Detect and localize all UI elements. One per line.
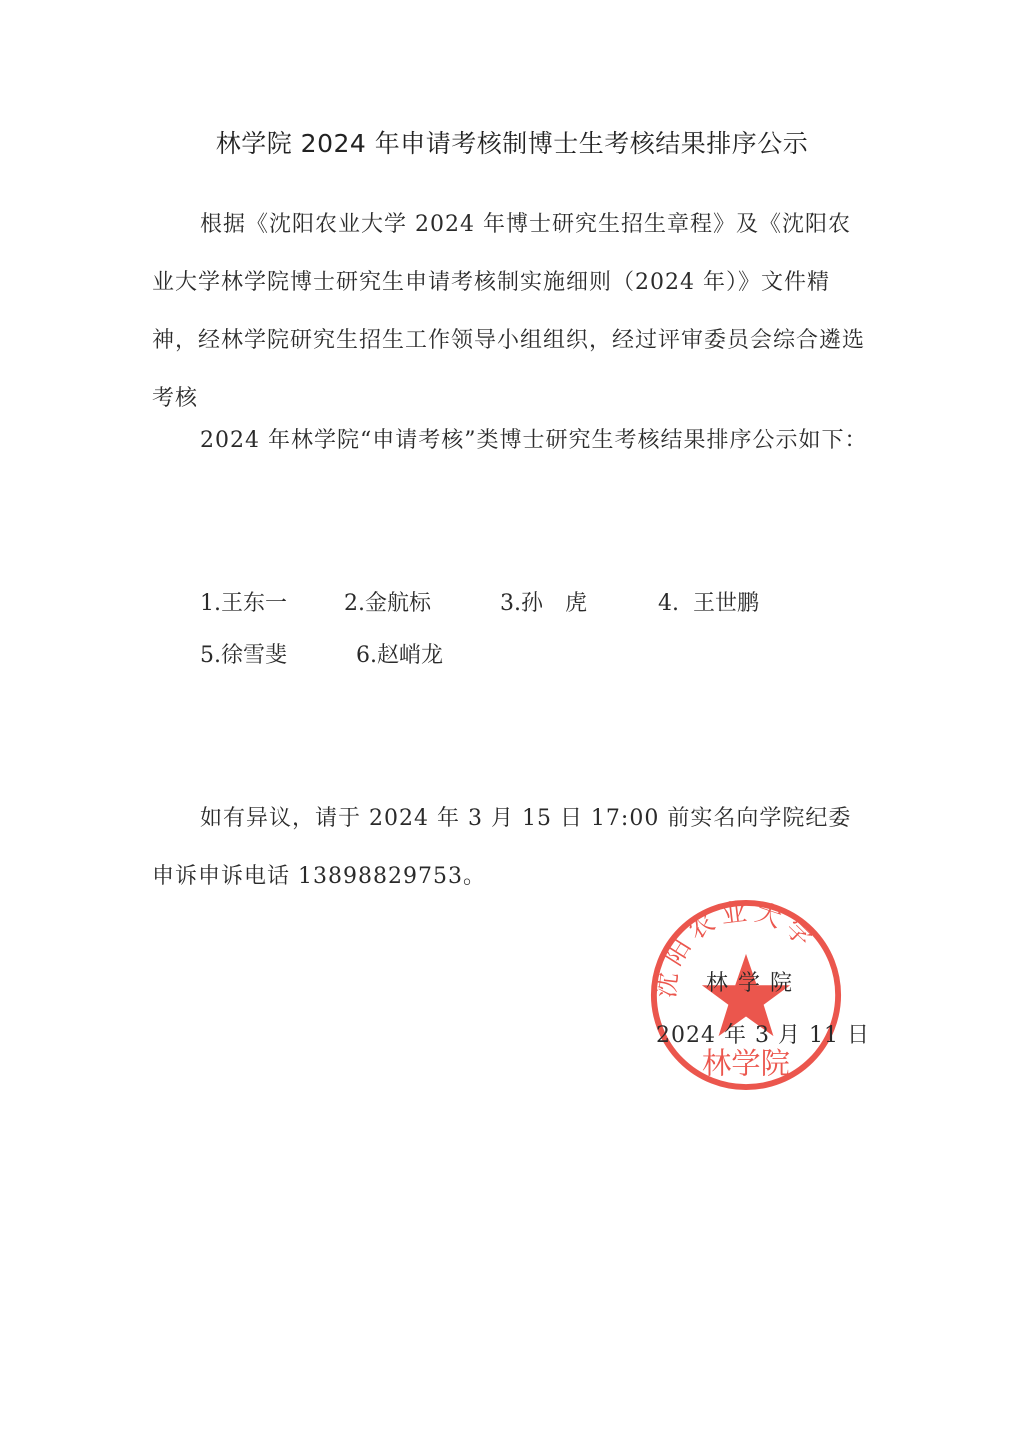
svg-text:林学院: 林学院 [702, 1046, 790, 1080]
ranking-item: 5.徐雪斐 [200, 630, 356, 682]
appeal-paragraph: 如有异议，请于 2024 年 3 月 15 日 17:00 前实名向学院纪委申诉… [152, 790, 872, 906]
signature-organization: 林学院 [706, 966, 802, 997]
ranking-item: 3.孙 虎 [500, 578, 658, 630]
ranking-list: 1.王东一 2.金航标 3.孙 虎 4. 王世鹏 5.徐雪斐 6.赵峭龙 [200, 578, 759, 682]
intro-paragraph: 根据《沈阳农业大学 2024 年博士研究生招生章程》及《沈阳农业大学林学院博士研… [152, 196, 872, 428]
ranking-intro-paragraph: 2024 年林学院“申请考核”类博士研究生考核结果排序公示如下： [152, 412, 872, 470]
ranking-item: 6.赵峭龙 [356, 630, 443, 682]
signature-date: 2024 年 3 月 11 日 [656, 1018, 870, 1049]
ranking-item: 1.王东一 [200, 578, 344, 630]
document-title: 林学院 2024 年申请考核制博士生考核结果排序公示 [0, 124, 1024, 160]
ranking-item: 2.金航标 [344, 578, 500, 630]
ranking-item: 4. 王世鹏 [658, 578, 759, 630]
